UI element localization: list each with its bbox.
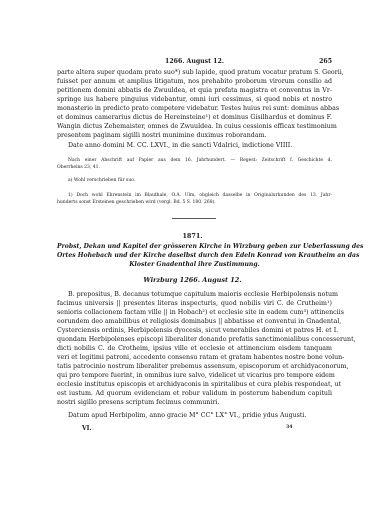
sheet-number: 34 [286,425,292,430]
dateline: Wirzburg 1266. August 12. [0,276,385,284]
text-line: nostri sigillo presens scriptum fecimus … [57,398,332,407]
text-line: tatis patrocinio nostrum liberaliter pre… [57,362,332,371]
text-line: B. prepositus, B. decanus totumque capit… [57,290,332,299]
text-line: monasterio in predicto prato competere v… [57,104,332,113]
footnote-1: hunderts sonst Ersteinen geschrieben wir… [57,199,332,206]
text-line: springe ius habere pinguius videbantur, … [57,95,332,104]
document-page: 1266. August 12. 265 parte altera super … [0,0,385,512]
summary-line: Ortes Hohebach und der Kirche daselbst d… [57,251,332,260]
summary-line: Kloster Gnadenthal ihre Zustimmung. [57,260,332,269]
text-line: Cysterciensis ordinis, Herbipolensis dyo… [57,326,332,335]
page-number: 265 [319,58,332,65]
dating-clause: Date anno domini M. CC. LXVI., in die sa… [57,141,332,150]
source-note: Oberrheins 23, 41. [57,164,332,171]
running-title: 1266. August 12. [57,58,332,65]
text-line: presentem paginam sigilli nostri munimin… [57,131,332,140]
text-line: parte altera super quodam prato suo*) su… [57,68,332,77]
text-line: quondam Herbipolenses episcopi liberalit… [57,335,332,344]
document-number: 1871. [0,232,385,240]
text-line: petitionem domini abbatis de Zwuuldea, e… [57,86,332,95]
text-line: qui pro tempore fuerint, in omnibus iure… [57,371,332,380]
text-line: fuisset per annum et amplius litigatum, … [57,77,332,86]
summary-line: Probst, Dekan und Kapitel der grösseren … [57,242,332,251]
separator-rule [172,218,216,219]
text-line: ecclesie institutus episcopis et archidy… [57,380,332,389]
text-line: et dominus camerarius dictus de Hereinst… [57,113,332,122]
text-line: facimus universis || presentes literas i… [57,299,332,308]
text-line: Wangin dictus Zehemaister, omnes de Zwuu… [57,122,332,131]
footnote-a: a) Wohl verschrieben für suo. [57,177,332,184]
footnote-1: 1) Doch wohl Ehrenstein im Blauthale, O.… [57,192,332,199]
dating-clause: Datum apud Herbipolim, anno gracie M° CC… [57,411,332,420]
text-line: eorundem deo amabilibus et religiosis do… [57,317,332,326]
signature-mark: VI. [82,425,92,432]
text-line: est iustum. Ad quorum evidenciam et robu… [57,389,332,398]
text-line: dicti nobilis C. de Crotheim, ipsius vil… [57,344,332,353]
source-note: Nach einer Abschrift auf Papier aus dem … [57,157,332,164]
text-line: veri et legitimi patroni, accedente cons… [57,353,332,362]
running-header: 1266. August 12. 265 [57,58,332,68]
text-line: senioris collacionem factam ville || in … [57,308,332,317]
